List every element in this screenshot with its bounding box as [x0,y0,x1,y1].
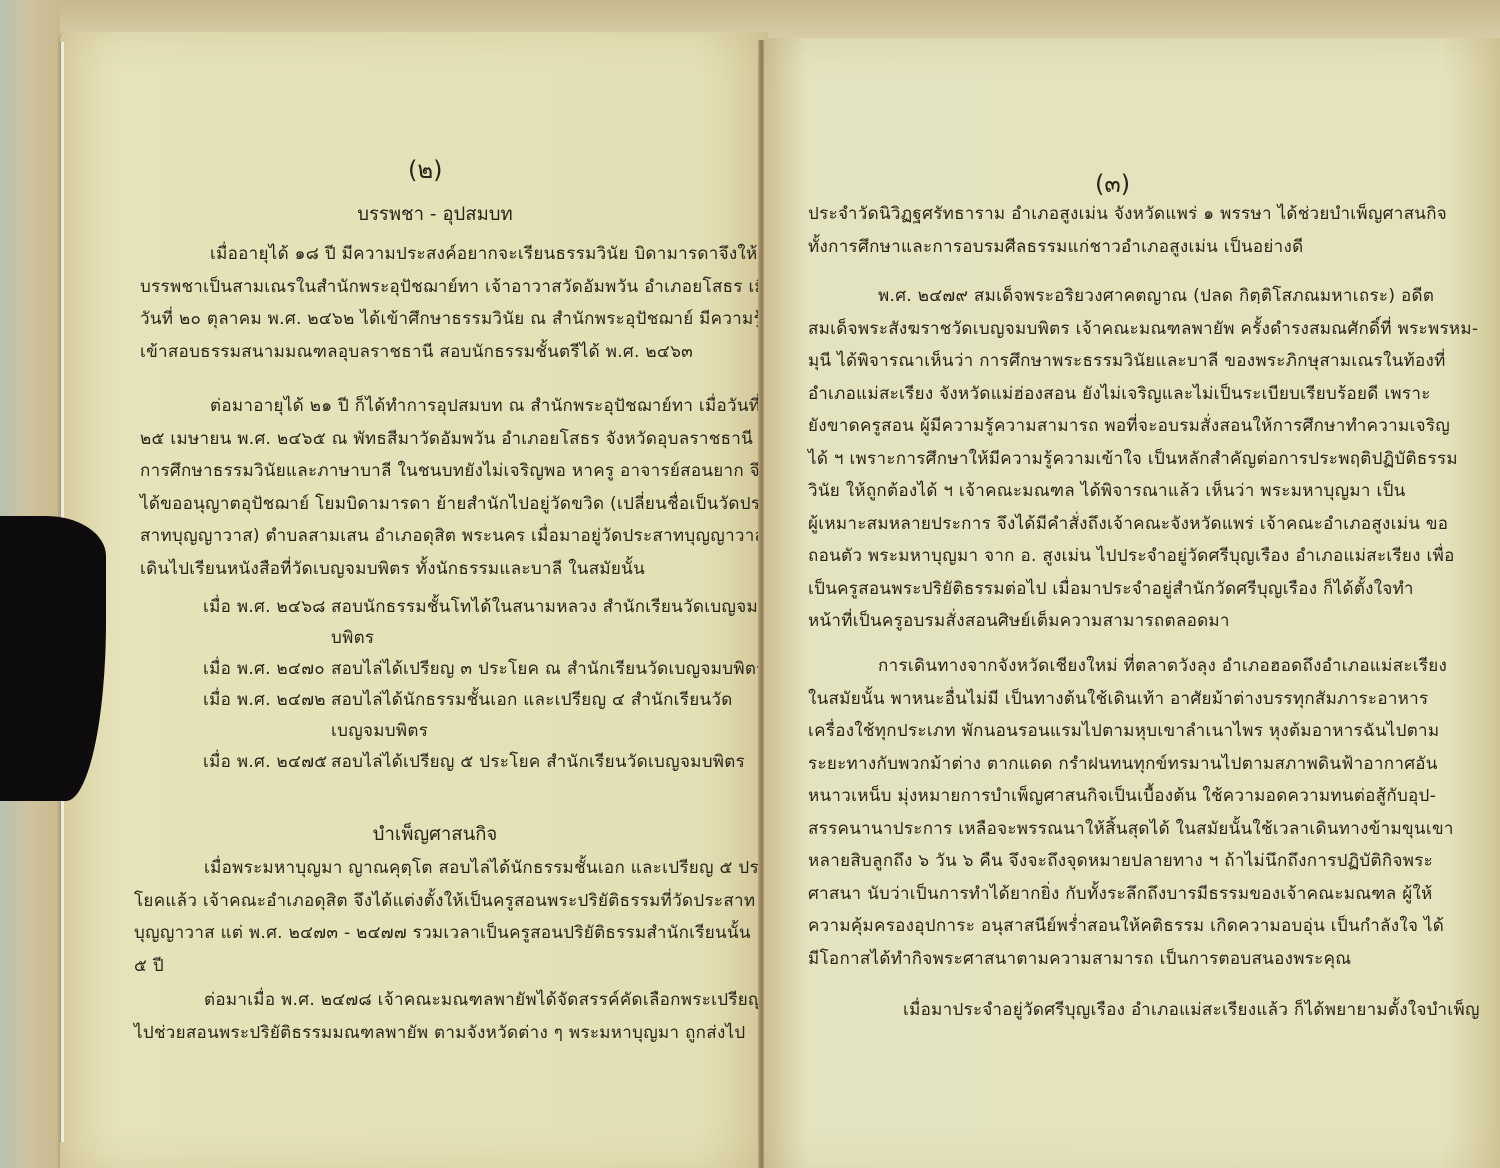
text-line: เมื่ออายุได้ ๑๘ ปี มีความประสงค์อยากจะเร… [140,238,740,271]
text-line: อำเภอแม่สะเรียง จังหวัดแม่ฮ่องสอน ยังไม่… [808,378,1428,411]
paragraph-religious-work-1: เมื่อพระมหาบุญมา ญาณคุตฺโต สอบไล่ได้นักธ… [134,852,744,982]
paragraph-right-4: เมื่อมาประจำอยู่วัดศรีบุญเรือง อำเภอแม่ส… [808,994,1428,1027]
text-line: หน้าที่เป็นครูอบรมสั่งสอนศิษย์เต็มความสา… [808,605,1428,638]
paragraph-ordination-2: ต่อมาอายุได้ ๒๑ ปี ก็ได้ทำการอุปสมบท ณ ส… [140,390,740,585]
achievement-item: เมื่อ พ.ศ. ๒๔๗๒ สอบไล่ได้นักธรรมชั้นเอก … [203,685,743,716]
text-line: บุญญาวาส แต่ พ.ศ. ๒๔๗๓ - ๒๔๗๗ รวมเวลาเป็… [134,917,744,950]
achievement-text: สอบไล่ได้เปรียญ ๕ ประโยค สำนักเรียนวัดเบ… [331,747,745,778]
achievement-text: สอบไล่ได้นักธรรมชั้นเอก และเปรียญ ๔ สำนั… [331,685,733,716]
achievement-item: เมื่อ พ.ศ. ๒๔๗๐ สอบไล่ได้เปรียญ ๓ ประโยค… [203,654,743,685]
achievement-year: เมื่อ พ.ศ. ๒๔๖๘ [203,592,331,623]
text-line: ผู้เหมาะสมหลายประการ จึงได้มีคำสั่งถึงเจ… [808,508,1428,541]
achievement-item-cont: บพิตร [203,623,743,654]
text-line: ต่อมาอายุได้ ๒๑ ปี ก็ได้ทำการอุปสมบท ณ ส… [140,390,740,423]
text-line: วันที่ ๒๐ ตุลาคม พ.ศ. ๒๔๖๒ ได้เข้าศึกษาธ… [140,303,740,336]
text-line: สมเด็จพระสังฆราชวัดเบญจมบพิตร เจ้าคณะมณฑ… [808,313,1428,346]
text-line: เข้าสอบธรรมสนามมณฑลอุบลราชธานี สอบนักธรร… [140,336,740,369]
section-heading-ordination: บรรพชา - อุปสมบท [140,200,730,229]
text-line: ถอนตัว พระมหาบุญมา จาก อ. สูงเม่น ไปประจ… [808,540,1428,573]
text-line: โยคแล้ว เจ้าคณะอำเภอดุสิต จึงได้แต่งตั้ง… [134,885,744,918]
achievement-year: เมื่อ พ.ศ. ๒๔๗๒ [203,685,331,716]
achievement-item: เมื่อ พ.ศ. ๒๔๖๘ สอบนักธรรมชั้นโทได้ในสนา… [203,592,743,623]
paragraph-right-1: ประจำวัดนิวิฏฐศรัทธาราม อำเภอสูงเม่น จัง… [808,198,1428,263]
text-line: ประจำวัดนิวิฏฐศรัทธาราม อำเภอสูงเม่น จัง… [808,198,1428,231]
finger-occlusion [0,516,106,801]
achievement-text: บพิตร [331,623,374,654]
achievement-item: เมื่อ พ.ศ. ๒๔๗๕ สอบไล่ได้เปรียญ ๕ ประโยค… [203,747,743,778]
achievement-year: เมื่อ พ.ศ. ๒๔๗๕ [203,747,331,778]
achievement-text: สอบนักธรรมชั้นโทได้ในสนามหลวง สำนักเรียน… [331,592,764,623]
text-line: หนาวเหน็บ มุ่งหมายการบำเพ็ญศาสนกิจเป็นเบ… [808,780,1428,813]
text-line: การศึกษาธรรมวินัยและภาษาบาลี ในชนบทยังไม… [140,455,740,488]
left-page-number: (๒) [408,150,443,189]
achievement-text: สอบไล่ได้เปรียญ ๓ ประโยค ณ สำนักเรียนวัด… [331,654,766,685]
text-line: เครื่องใช้ทุกประเภท พักนอนรอนแรมไปตามหุบ… [808,715,1428,748]
text-line: ศาสนา นับว่าเป็นการทำได้ยากยิ่ง กับทั้งร… [808,878,1428,911]
paragraph-right-3: การเดินทางจากจังหวัดเชียงใหม่ ที่ตลาดวัง… [808,650,1428,975]
paragraph-religious-work-2: ต่อมาเมื่อ พ.ศ. ๒๔๗๘ เจ้าคณะมณฑลพายัพได้… [134,984,744,1049]
text-line: มุนี ได้พิจารณาเห็นว่า การศึกษาพระธรรมวิ… [808,345,1428,378]
section-heading-religious-work: บำเพ็ญศาสนกิจ [140,820,730,849]
text-line: เป็นครูสอนพระปริยัติธรรมต่อไป เมื่อมาประ… [808,573,1428,606]
text-line: วินัย ให้ถูกต้องได้ ฯ เจ้าคณะมณฑล ได้พิจ… [808,475,1428,508]
text-line: สรรคนานาประการ เหลือจะพรรณนาให้สิ้นสุดได… [808,813,1428,846]
text-line: สาทบุญญาวาส) ตำบลสามเสน อำเภอดุสิต พระนค… [140,520,740,553]
text-line: หลายสิบลูกถึง ๖ วัน ๖ คืน จึงจะถึงจุดหมา… [808,845,1428,878]
text-line: บรรพชาเป็นสามเณรในสำนักพระอุปัชฌาย์ทา เจ… [140,271,740,304]
text-line: การเดินทางจากจังหวัดเชียงใหม่ ที่ตลาดวัง… [808,650,1428,683]
text-line: ๕ ปี [134,950,744,983]
text-line: พ.ศ. ๒๔๗๙ สมเด็จพระอริยวงศาคตญาณ (ปลด กิ… [808,280,1428,313]
text-line: เดินไปเรียนหนังสือที่วัดเบญจมบพิตร ทั้งน… [140,553,740,586]
achievement-item-cont: เบญจมบพิตร [203,716,743,747]
text-line: ทั้งการศึกษาและการอบรมศีลธรรมแก่ชาวอำเภอ… [808,231,1428,264]
paragraph-right-2: พ.ศ. ๒๔๗๙ สมเด็จพระอริยวงศาคตญาณ (ปลด กิ… [808,280,1428,638]
text-line: ต่อมาเมื่อ พ.ศ. ๒๔๗๘ เจ้าคณะมณฑลพายัพได้… [134,984,744,1017]
achievement-year: เมื่อ พ.ศ. ๒๔๗๐ [203,654,331,685]
text-line: ได้ ฯ เพราะการศึกษาให้มีความรู้ความเข้าใ… [808,443,1428,476]
text-line: ไปช่วยสอนพระปริยัติธรรมมณฑลพายัพ ตามจังห… [134,1017,744,1050]
text-line: ความคุ้มครองอุปการะ อนุสาสนีย์พร่ำสอนให้… [808,910,1428,943]
text-line: ๒๕ เมษายน พ.ศ. ๒๔๖๕ ณ พัทธสีมาวัดอัมพวัน… [140,423,740,456]
achievement-text: เบญจมบพิตร [331,716,428,747]
text-line: ได้ขออนุญาตอุปัชฌาย์ โยมบิดามารดา ย้ายสำ… [140,488,740,521]
text-line: ในสมัยนั้น พาหนะอื่นไม่มี เป็นทางต้นใช้เ… [808,683,1428,716]
text-line: เมื่อพระมหาบุญมา ญาณคุตฺโต สอบไล่ได้นักธ… [134,852,744,885]
text-line: มีโอกาสได้ทำกิจพระศาสนาตามความสามารถ เป็… [808,943,1428,976]
text-line: ยังขาดครูสอน ผู้มีความรู้ความสามารถ พอที… [808,410,1428,443]
achievement-list: เมื่อ พ.ศ. ๒๔๖๘ สอบนักธรรมชั้นโทได้ในสนา… [203,592,743,778]
text-line: ระยะทางกับพวกม้าต่าง ตากแดด กรำฝนทนทุกข์… [808,748,1428,781]
text-line: เมื่อมาประจำอยู่วัดศรีบุญเรือง อำเภอแม่ส… [808,994,1428,1027]
paragraph-ordination-1: เมื่ออายุได้ ๑๘ ปี มีความประสงค์อยากจะเร… [140,238,740,368]
